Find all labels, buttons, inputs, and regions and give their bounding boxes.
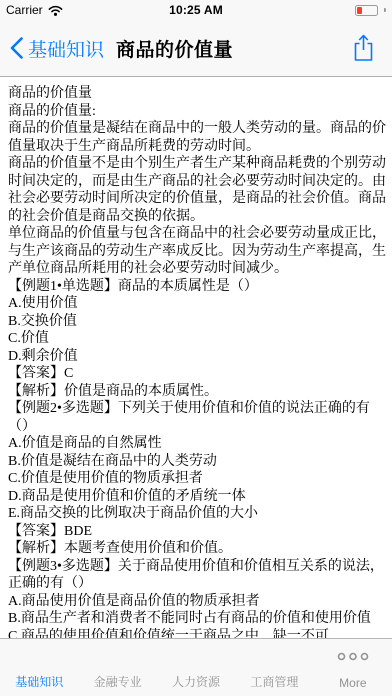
tab-human-resources[interactable]: 人力资源 xyxy=(157,639,235,696)
content-paragraph: C.价值是使用价值的物质承担者 xyxy=(8,470,386,488)
tab-label: 人力资源 xyxy=(172,673,220,690)
content-paragraph: 【解析】本题考查使用价值和价值。 xyxy=(8,540,386,558)
app-screen: Carrier 10:25 AM 基础知识 xyxy=(0,0,392,696)
tab-label: 工商管理 xyxy=(250,673,298,690)
back-button[interactable]: 基础知识 xyxy=(10,35,104,62)
content-paragraph: 【答案】BDE xyxy=(8,523,386,541)
tab-label: 基础知识 xyxy=(15,673,63,690)
content-paragraph: C.价值 xyxy=(8,330,386,348)
content-paragraph: A.商品使用价值是商品价值的物质承担者 xyxy=(8,593,386,611)
page-title: 商品的价值量 xyxy=(116,35,233,62)
content-paragraph: 商品的价值量 xyxy=(8,85,386,103)
navigation-bar: 基础知识 商品的价值量 xyxy=(0,20,392,77)
content-paragraph: C.商品的使用价值和价值统一于商品之中，缺一不可 xyxy=(8,628,386,639)
tab-bar: 基础知识 金融专业 人力资源 工商管理 More xyxy=(0,638,392,696)
content-paragraph: 【例题1•单选题】商品的本质属性是（） xyxy=(8,278,386,296)
content-paragraph: E.商品交换的比例取决于商品价值的大小 xyxy=(8,505,386,523)
content-paragraph: B.价值是凝结在商品中的人类劳动 xyxy=(8,453,386,471)
share-button[interactable] xyxy=(353,34,374,62)
carrier-label: Carrier xyxy=(6,3,43,17)
content-paragraph: 单位商品的价值量与包含在商品中的社会必要劳动量成正比，与生产该商品的劳动生产率成… xyxy=(8,225,386,278)
status-left: Carrier xyxy=(6,3,136,17)
battery-icon xyxy=(355,5,378,16)
content-paragraph: A.价值是商品的自然属性 xyxy=(8,435,386,453)
content-paragraph: 商品的价值量: xyxy=(8,103,386,121)
wifi-icon xyxy=(48,5,63,16)
content-paragraph: 【例题2•多选题】下列关于使用价值和价值的说法正确的有（） xyxy=(8,400,386,435)
tab-basic-knowledge[interactable]: 基础知识 xyxy=(0,639,78,696)
status-right xyxy=(256,5,386,16)
chevron-left-icon xyxy=(10,37,23,59)
more-ellipsis-icon xyxy=(314,652,392,661)
tab-label: 金融专业 xyxy=(94,673,142,690)
share-icon xyxy=(353,34,374,62)
content-paragraph: 【答案】C xyxy=(8,365,386,383)
content-paragraph: D.剩余价值 xyxy=(8,348,386,366)
tab-label: More xyxy=(339,676,366,690)
clock: 10:25 AM xyxy=(136,3,256,17)
content-paragraph: B.交换价值 xyxy=(8,313,386,331)
tab-more[interactable]: More xyxy=(314,639,392,696)
content-paragraph: B.商品生产者和消费者不能同时占有商品的价值和使用价值 xyxy=(8,610,386,628)
tab-finance[interactable]: 金融专业 xyxy=(78,639,156,696)
content-paragraph: D.商品是使用价值和价值的矛盾统一体 xyxy=(8,488,386,506)
back-button-label: 基础知识 xyxy=(28,35,104,62)
tab-business-admin[interactable]: 工商管理 xyxy=(235,639,313,696)
article-content[interactable]: 商品的价值量商品的价值量:商品的价值量是凝结在商品中的一般人类劳动的量。商品的价… xyxy=(0,78,392,638)
battery-nub xyxy=(384,8,386,12)
content-paragraph: A.使用价值 xyxy=(8,295,386,313)
content-paragraph: 商品的价值量是凝结在商品中的一般人类劳动的量。商品的价值量取决于生产商品所耗费的… xyxy=(8,120,386,155)
content-paragraph: 【解析】价值是商品的本质属性。 xyxy=(8,383,386,401)
content-paragraph: 商品的价值量不是由个别生产者生产某种商品耗费的个别劳动时间决定的，而是由生产商品… xyxy=(8,155,386,225)
content-paragraph: 【例题3•多选题】关于商品使用价值和价值相互关系的说法，正确的有（） xyxy=(8,558,386,593)
status-bar: Carrier 10:25 AM xyxy=(0,0,392,20)
